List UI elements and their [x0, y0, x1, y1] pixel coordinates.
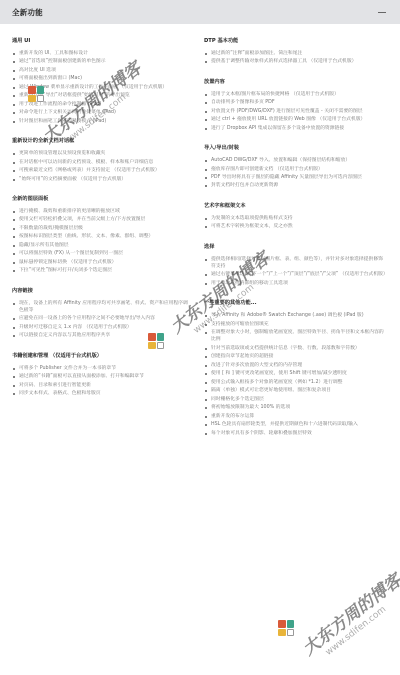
list-item: 重新设计的“导出”对话框提供“始终可用”的导出预览: [12, 92, 188, 99]
list-item: 封装文档时打包并自动更新资源: [204, 182, 386, 189]
whats-new-header: 全新功能: [0, 0, 400, 24]
feature-list-items: 提供选择相同/选择对象（图片框、表、组、颜色等），并针对多对象选择提供修饰符支持…: [204, 256, 386, 288]
feature-section: 重新设计的全新文档对话框更简单的预设管理以及预设预览和收藏夹在对话框中可以访问新…: [12, 138, 188, 183]
list-item: 通过“首选项”控制面板创建新的单色图示: [12, 58, 188, 65]
list-item: 隔离（单独）模式可让您更好地使用组、图层和复杂项目: [204, 387, 386, 394]
feature-list-items: 导入 Affinity 和 Adobe® Swatch Exchange (.a…: [204, 312, 386, 437]
list-item: 可将多个 Publisher 文件合并为一本书的章节: [12, 365, 188, 372]
list-item: 每个对象可具有多个阴影、轮廓和叠加图层特效: [204, 430, 386, 437]
list-item: 按图标标识图层类型（曲线、形状、文本、像素、群组、调整）: [12, 233, 188, 240]
section-heading: 内容链接: [12, 288, 188, 295]
list-item: 更简单的预设管理以及预设预览和收藏夹: [12, 150, 188, 157]
list-item: 导入 Affinity 和 Adobe® Swatch Exchange (.a…: [204, 312, 386, 319]
list-item: 通过 Window 菜单显示重新设计的工作室面板 （仅适用于台式机版）: [12, 84, 188, 91]
feature-list-items: 更简单的预设管理以及预设预览和收藏夹在对话框中可以访问新的文档预设、模板、样本和…: [12, 150, 188, 183]
list-item: 可将艺术字转换为框架文本，反之亦然: [204, 223, 386, 230]
feature-section: 书籍创建和管理 （仅适用于台式机版）可将多个 Publisher 文件合并为一本…: [12, 353, 188, 398]
list-item: HSL 色轮具有扇形轮类型，并提供近期颜色和十六进制代码读取/输入: [204, 421, 386, 428]
list-item: 可将面板拖出到新窗口 (Mac): [12, 75, 188, 82]
list-item: 同时栅格化多个选定图层: [204, 396, 386, 403]
feature-section: 一些重要的其他功能...导入 Affinity 和 Adobe® Swatch …: [204, 300, 386, 437]
list-item: 隐藏/显示所有其他图层: [12, 242, 188, 249]
section-heading: 重新设计的全新文档对话框: [12, 138, 188, 145]
feature-list-items: 可将多个 Publisher 文件合并为一本书的章节通过新的“书籍”面板可以直接…: [12, 365, 188, 398]
list-item: 可以将图层特效 (FX) 从一个图层复制到另一图层: [12, 250, 188, 257]
list-item: 在对话框中可以访问新的文档预设、模板、样本和账户详细信息: [12, 159, 188, 166]
list-item: 对页码、目录和索引进行智能更新: [12, 382, 188, 389]
list-item: 为复制的文本选取项提供粘贴样式支持: [204, 215, 386, 222]
feature-list-items: 适用于文本框/图片框布局的快捷网格 （仅适用于台式机版）自动排列多个图像和多页 …: [204, 91, 386, 132]
feature-section: 全新的图层面板进行掩模、裁剪和重新排序的更清晰的拖放区域使用父栏可轻松折叠父项，…: [12, 196, 188, 275]
feature-list-items: AutoCAD DWG/DXF 导入、放置和编辑（保持图层结构和缩放）拖放库存图…: [204, 157, 386, 190]
list-item: 对命令进行上下文相关访问的快捷菜单 (iPad): [12, 109, 188, 116]
list-item: 使用公式输入框按多个对象的笔画宽度（例如 *1.2）进行调整: [204, 379, 386, 386]
list-item: 创建指向章节起始页的超链接: [204, 353, 386, 360]
list-item: 高对比度 UI 选项: [12, 67, 188, 74]
list-item: 进行掩模、裁剪和重新排序的更清晰的拖放区域: [12, 208, 188, 215]
minus-icon[interactable]: [376, 7, 388, 17]
list-item: 提供基于调整传输对象样式的样式选择器工具 （仅适用于台式机版）: [204, 58, 386, 65]
list-item: 用于改进工作流程的命令控制器 (iPad): [12, 101, 188, 108]
list-item: 适用于文本框/图片框布局的快捷网格 （仅适用于台式机版）: [204, 91, 386, 98]
list-item: 可搜索最近文档（网格或列表）并支持固定 （仅适用于台式机版）: [12, 167, 188, 174]
list-item: 通过新的“注释”面板添加图注、简注和尾注: [204, 50, 386, 57]
list-item: 对放置文件 (PDF/DWG/DXF) 进行图层可见性覆盖 - 关闭不需要的图层: [204, 108, 386, 115]
list-item: 用于自动选择内部组的移动工具选项: [204, 280, 386, 287]
watermark-logo-icon: [278, 620, 294, 636]
list-item: 重新开发的布尔运算: [204, 413, 386, 420]
page-title: 全新功能: [12, 7, 43, 18]
left-column: 通用 UI重新开发的 UI、工具和图标设计通过“首选项”控制面板创建新的单色图示…: [0, 24, 200, 450]
watermark-url: www.sdifen.com: [324, 586, 400, 657]
section-heading: DTP 基本功能: [204, 38, 386, 45]
list-item: 通过新的“书籍”面板可以直接从面板添加、打开和编辑章节: [12, 373, 188, 380]
feature-list-items: 进行掩模、裁剪和重新排序的更清晰的拖放区域使用父栏可轻松折叠父项，并在当前父级上…: [12, 208, 188, 275]
list-item: 通过 ctrl + 拖放使用 URL 放置链接的 Web 图像 （仅适用于台式机…: [204, 116, 386, 123]
list-item: PDF 导出时将具有子图层的隐藏 Affinity 矢量图层导出为可选内容图层: [204, 174, 386, 181]
feature-section: 艺术字和框架文本为复制的文本选取项提供粘贴样式支持可将艺术字转换为框架文本，反之…: [204, 203, 386, 231]
list-item: 应避免在同一设备上的各个应用程序之间不必要地导出/导入内容: [12, 315, 188, 322]
list-item: 将初始缩放限制为最大 100% 的选项: [204, 404, 386, 411]
list-item: 可以链接自定义内容以与其他应用程序共享: [12, 332, 188, 339]
list-item: 支持拖放的可缩放位图填充: [204, 321, 386, 328]
section-heading: 艺术字和框架文本: [204, 203, 386, 210]
list-item: 针对当前选取项或文档提供统计信息（字数、行数、段落数和字符数）: [204, 345, 386, 352]
feature-section: 放置内容适用于文本框/图片框布局的快捷网格 （仅适用于台式机版）自动排列多个图像…: [204, 79, 386, 132]
list-item: 升级时可迁移自定义 1.x 内容 （仅适用于台式机版）: [12, 324, 188, 331]
watermark: 大东方周的博客 www.sdifen.com: [296, 567, 400, 668]
watermark-text: 大东方周的博客: [299, 571, 400, 660]
list-item: 下拉“可见性”图标可打开/关闭多个选定图层: [12, 267, 188, 274]
list-item: “始终可用”的文档摘要面板 （仅适用于台式机版）: [12, 176, 188, 183]
list-item: 针对图层和画笔工作室的紧凑模式 (iPad): [12, 118, 188, 125]
section-heading: 导入/导出/封装: [204, 145, 386, 152]
section-heading: 选择: [204, 244, 386, 251]
list-item: 不限数量的裁剪/掩模图层层级: [12, 225, 188, 232]
feature-section: 内容链接现在，设备上的所有 Affinity 应用程序均可共享画笔、样式、资产和…: [12, 288, 188, 340]
list-item: 使用父栏可轻松折叠父项，并在当前父级上方/下方放置图层: [12, 216, 188, 223]
feature-list-items: 重新开发的 UI、工具和图标设计通过“首选项”控制面板创建新的单色图示高对比度 …: [12, 50, 188, 125]
section-heading: 放置内容: [204, 79, 386, 86]
feature-section: DTP 基本功能通过新的“注释”面板添加图注、简注和尾注提供基于调整传输对象样式…: [204, 38, 386, 66]
section-heading: 书籍创建和管理 （仅适用于台式机版）: [12, 353, 188, 360]
list-item: 自动排列多个图像和多页 PDF: [204, 99, 386, 106]
list-item: 提供选择相同/选择对象（图片框、表、组、颜色等），并针对多对象选择提供修饰符支持: [204, 256, 386, 271]
list-item: AutoCAD DWG/DXF 导入、放置和编辑（保持图层结构和缩放）: [204, 157, 386, 164]
section-heading: 通用 UI: [12, 38, 188, 45]
list-item: 同步文本样式、表格式、色板和母版页: [12, 390, 188, 397]
feature-section: 通用 UI重新开发的 UI、工具和图标设计通过“首选项”控制面板创建新的单色图示…: [12, 38, 188, 125]
section-heading: 全新的图层面板: [12, 196, 188, 203]
list-item: 拖放库存图片即可创建新文档 （仅适用于台式机版）: [204, 166, 386, 173]
list-item: 在调整对象大小时，强制缩放笔画宽度、图层特效半径、拐角半径和文本框内容的比例: [204, 329, 386, 344]
feature-list: 通用 UI重新开发的 UI、工具和图标设计通过“首选项”控制面板创建新的单色图示…: [0, 24, 400, 450]
list-item: 重新开发的 UI、工具和图标设计: [12, 50, 188, 57]
feature-list-items: 现在，设备上的所有 Affinity 应用程序均可共享画笔、样式、资产和应用程序…: [12, 300, 188, 340]
section-heading: 一些重要的其他功能...: [204, 300, 386, 307]
feature-section: 导入/导出/封装AutoCAD DWG/DXF 导入、放置和编辑（保持图层结构和…: [204, 145, 386, 190]
list-item: 进行了 Dropbox API 集成以保留在多个设备中放置的资源链接: [204, 125, 386, 132]
feature-list-items: 为复制的文本选取项提供粘贴样式支持可将艺术字转换为框架文本，反之亦然: [204, 215, 386, 231]
list-item: 通过右键菜单选择“下一个”/“上一个”/“顶层”/“底层”/“父项” （仅适用于…: [204, 271, 386, 278]
feature-section: 选择提供选择相同/选择对象（图片框、表、组、颜色等），并针对多对象选择提供修饰符…: [204, 244, 386, 288]
feature-list-items: 通过新的“注释”面板添加图注、简注和尾注提供基于调整传输对象样式的样式选择器工具…: [204, 50, 386, 66]
list-item: 改进了针对多次放置的大型文档的内存管理: [204, 362, 386, 369]
right-column: DTP 基本功能通过新的“注释”面板添加图注、简注和尾注提供基于调整传输对象样式…: [200, 24, 400, 450]
list-item: 使用 [ 和 ] 键可更改笔画宽度，使用 Shift 键可增加/减少透明度: [204, 370, 386, 377]
list-item: 鼠标悬停锁定图标切换 （仅适用于台式机版）: [12, 259, 188, 266]
list-item: 现在，设备上的所有 Affinity 应用程序均可共享画笔、样式、资产和应用程序…: [12, 300, 188, 315]
